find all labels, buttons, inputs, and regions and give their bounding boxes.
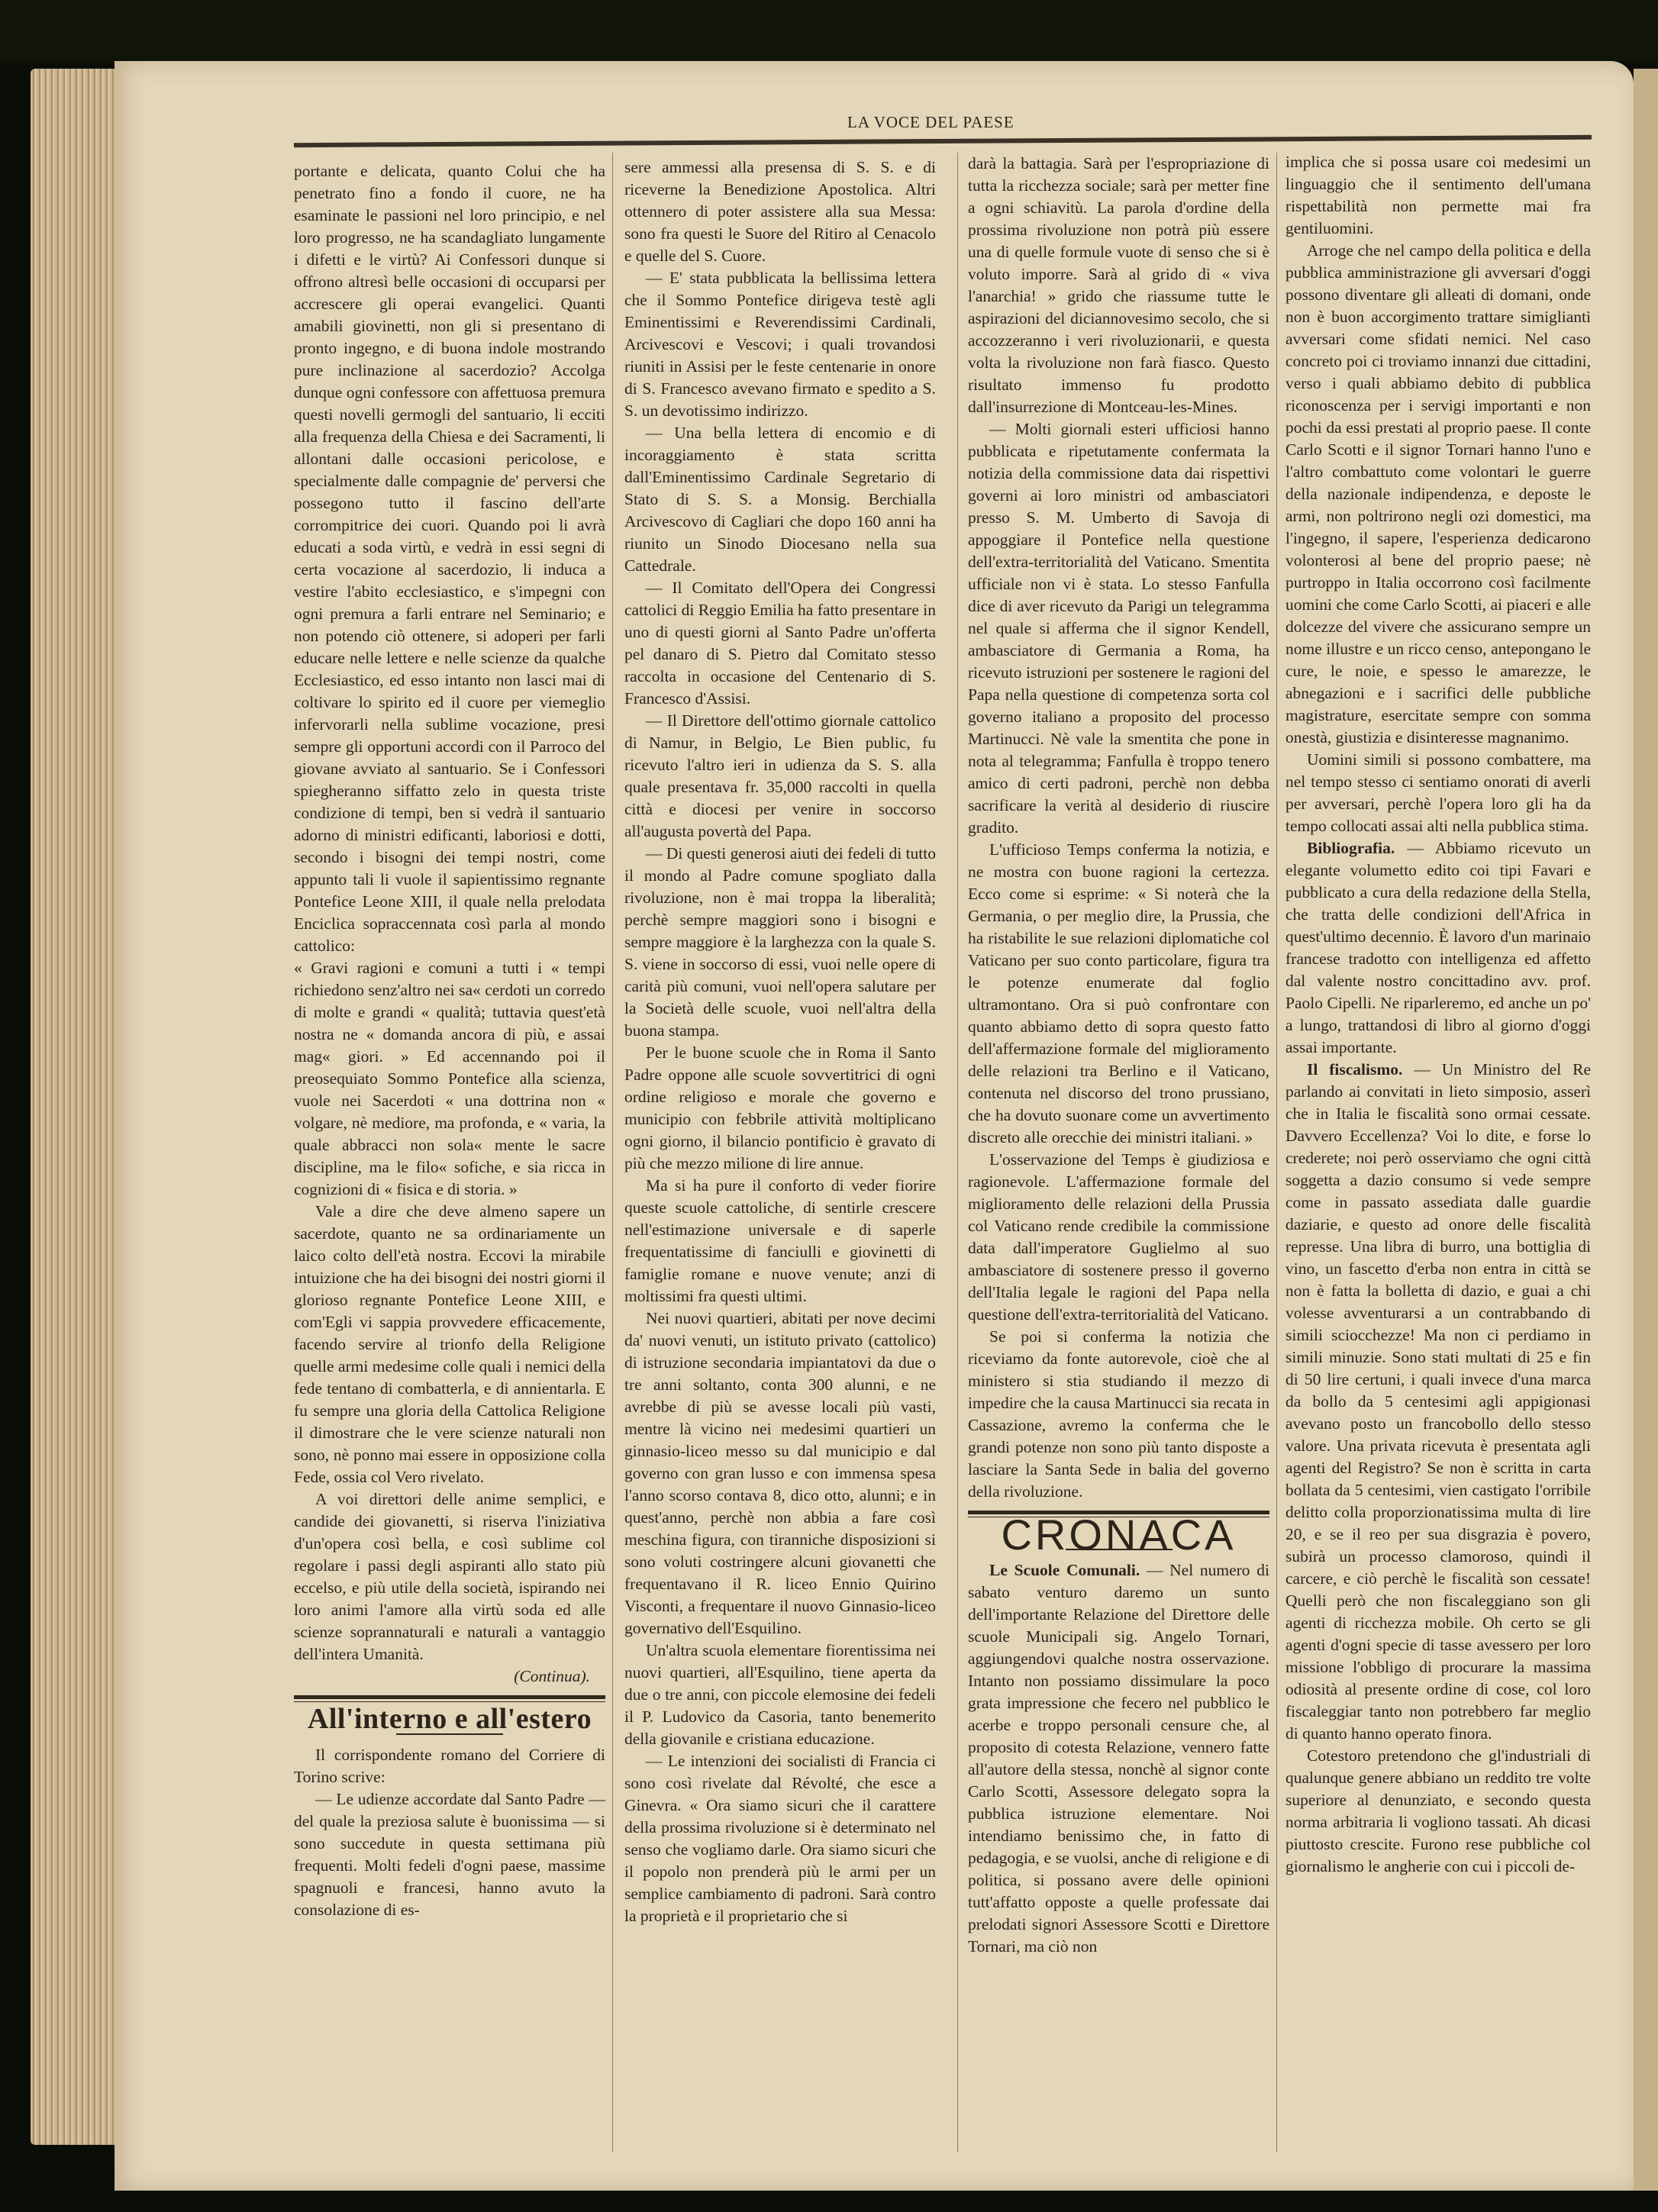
- column-2: sere ammessi alla presensa di S. S. e di…: [624, 156, 936, 1927]
- paragraph-text: A voi direttori delle anime semplici, e …: [294, 1490, 605, 1663]
- section-heading: CRONACA: [968, 1524, 1269, 1546]
- section-rule: [294, 1695, 605, 1702]
- paragraph: Il fiscalismo. — Un Ministro del Re parl…: [1285, 1059, 1591, 1745]
- paragraph-text: sere ammessi alla presensa di S. S. e di…: [624, 158, 936, 265]
- paragraph-text: Il corrispondente romano del Corriere di…: [294, 1746, 605, 1786]
- paragraph: Vale a dire che deve almeno sapere un sa…: [294, 1201, 605, 1488]
- paragraph-text: — E' stata pubblicata la bellissima lett…: [624, 269, 936, 420]
- paragraph: Uomini simili si possono combattere, ma …: [1285, 749, 1591, 837]
- paragraph: — Molti giornali esteri ufficiosi hanno …: [968, 418, 1269, 839]
- paragraph: — Il Comitato dell'Opera dei Congressi c…: [624, 577, 936, 710]
- paragraph: Ma si ha pure il conforto di veder fiori…: [624, 1175, 936, 1308]
- paragraph-text: — Le intenzioni dei socialisti di Franci…: [624, 1752, 936, 1925]
- run-in-heading: Bibliografia.: [1307, 839, 1395, 857]
- paragraph-text: L'ufficioso Temps conferma la notizia, e…: [968, 840, 1269, 1146]
- paragraph-text: Un'altra scuola elementare fiorentissima…: [624, 1641, 936, 1748]
- run-in-heading: Le Scuole Comunali.: [989, 1561, 1140, 1579]
- column-divider: [1276, 153, 1277, 2152]
- paragraph: Le Scuole Comunali. — Nel numero di saba…: [968, 1559, 1269, 1958]
- paragraph: portante e delicata, quanto Colui che ha…: [294, 160, 605, 957]
- paragraph: sere ammessi alla presensa di S. S. e di…: [624, 156, 936, 267]
- paragraph-text: « Gravi ragioni e comuni a tutti i « tem…: [294, 959, 605, 1198]
- paragraph: Cotestoro pretendono che gl'industriali …: [1285, 1745, 1591, 1878]
- book-cover-background: [0, 0, 1658, 61]
- paragraph: Bibliografia. — Abbiamo ricevuto un eleg…: [1285, 837, 1591, 1059]
- paragraph: Per le buone scuole che in Roma il Santo…: [624, 1042, 936, 1175]
- paragraph-text: Cotestoro pretendono che gl'industriali …: [1285, 1746, 1591, 1875]
- paragraph-text: L'osservazione del Temps è giudiziosa e …: [968, 1150, 1269, 1324]
- paragraph: — Una bella lettera di encomio e di inco…: [624, 422, 936, 577]
- column-3: darà la battagia. Sarà per l'espropriazi…: [968, 153, 1269, 1958]
- column-divider: [957, 153, 958, 2152]
- paragraph-text: — Abbiamo ricevuto un elegante volumetto…: [1285, 839, 1591, 1056]
- paragraph-text: Se poi si conferma la notizia che ricevi…: [968, 1327, 1269, 1501]
- paragraph: L'ufficioso Temps conferma la notizia, e…: [968, 839, 1269, 1149]
- paragraph-text: Arroge che nel campo della politica e de…: [1285, 241, 1591, 746]
- paragraph: « Gravi ragioni e comuni a tutti i « tem…: [294, 957, 605, 1201]
- paragraph-text: Uomini simili si possono combattere, ma …: [1285, 750, 1591, 835]
- paragraph-text: darà la battagia. Sarà per l'espropriazi…: [968, 154, 1269, 416]
- paragraph: Il corrispondente romano del Corriere di…: [294, 1744, 605, 1788]
- column-divider: [612, 153, 613, 2152]
- column-4: implica che si possa usare coi medesimi …: [1285, 151, 1591, 1878]
- paragraph-text: portante e delicata, quanto Colui che ha…: [294, 162, 605, 955]
- paragraph-text: — Le udienze accordate dal Santo Padre —…: [294, 1790, 605, 1919]
- paragraph-text: — Il Direttore dell'ottimo giornale catt…: [624, 711, 936, 840]
- paragraph-text: Vale a dire che deve almeno sapere un sa…: [294, 1202, 605, 1486]
- paragraph-text: — Una bella lettera di encomio e di inco…: [624, 424, 936, 575]
- paragraph-text: implica che si possa usare coi medesimi …: [1285, 153, 1591, 237]
- paragraph: L'osservazione del Temps è giudiziosa e …: [968, 1149, 1269, 1326]
- paragraph-text: — Un Ministro del Re parlando ai convita…: [1285, 1060, 1591, 1743]
- paragraph-text: Ma si ha pure il conforto di veder fiori…: [624, 1176, 936, 1305]
- paragraph: implica che si possa usare coi medesimi …: [1285, 151, 1591, 240]
- paragraph: Arroge che nel campo della politica e de…: [1285, 240, 1591, 749]
- paragraph: darà la battagia. Sarà per l'espropriazi…: [968, 153, 1269, 418]
- paragraph: Se poi si conferma la notizia che ricevi…: [968, 1326, 1269, 1503]
- paragraph-text: — Nel numero di sabato venturo daremo un…: [968, 1561, 1269, 1956]
- paragraph: A voi direttori delle anime semplici, e …: [294, 1488, 605, 1665]
- paragraph: — E' stata pubblicata la bellissima lett…: [624, 267, 936, 422]
- masthead: LA VOCE DEL PAESE: [847, 113, 1014, 132]
- paragraph-text: Per le buone scuole che in Roma il Santo…: [624, 1043, 936, 1172]
- column-1: portante e delicata, quanto Colui che ha…: [294, 160, 605, 1921]
- paragraph: — Le udienze accordate dal Santo Padre —…: [294, 1788, 605, 1921]
- paragraph-text: — Molti giornali esteri ufficiosi hanno …: [968, 420, 1269, 837]
- paragraph: — Di questi generosi aiuti dei fedeli di…: [624, 843, 936, 1042]
- section-heading: All'interno e all'estero: [294, 1708, 605, 1730]
- paragraph: — Il Direttore dell'ottimo giornale catt…: [624, 710, 936, 843]
- run-in-heading: Il fiscalismo.: [1307, 1060, 1402, 1079]
- paragraph-text: — Di questi generosi aiuti dei fedeli di…: [624, 844, 936, 1040]
- continua-note: (Continua).: [294, 1665, 605, 1688]
- right-page-edge: [1634, 69, 1658, 2191]
- paragraph-text: Nei nuovi quartieri, abitati per nove de…: [624, 1309, 936, 1637]
- paragraph: — Le intenzioni dei socialisti di Franci…: [624, 1750, 936, 1927]
- paragraph-text: — Il Comitato dell'Opera dei Congressi c…: [624, 579, 936, 708]
- paragraph: Nei nuovi quartieri, abitati per nove de…: [624, 1308, 936, 1640]
- paragraph: Un'altra scuola elementare fiorentissima…: [624, 1640, 936, 1750]
